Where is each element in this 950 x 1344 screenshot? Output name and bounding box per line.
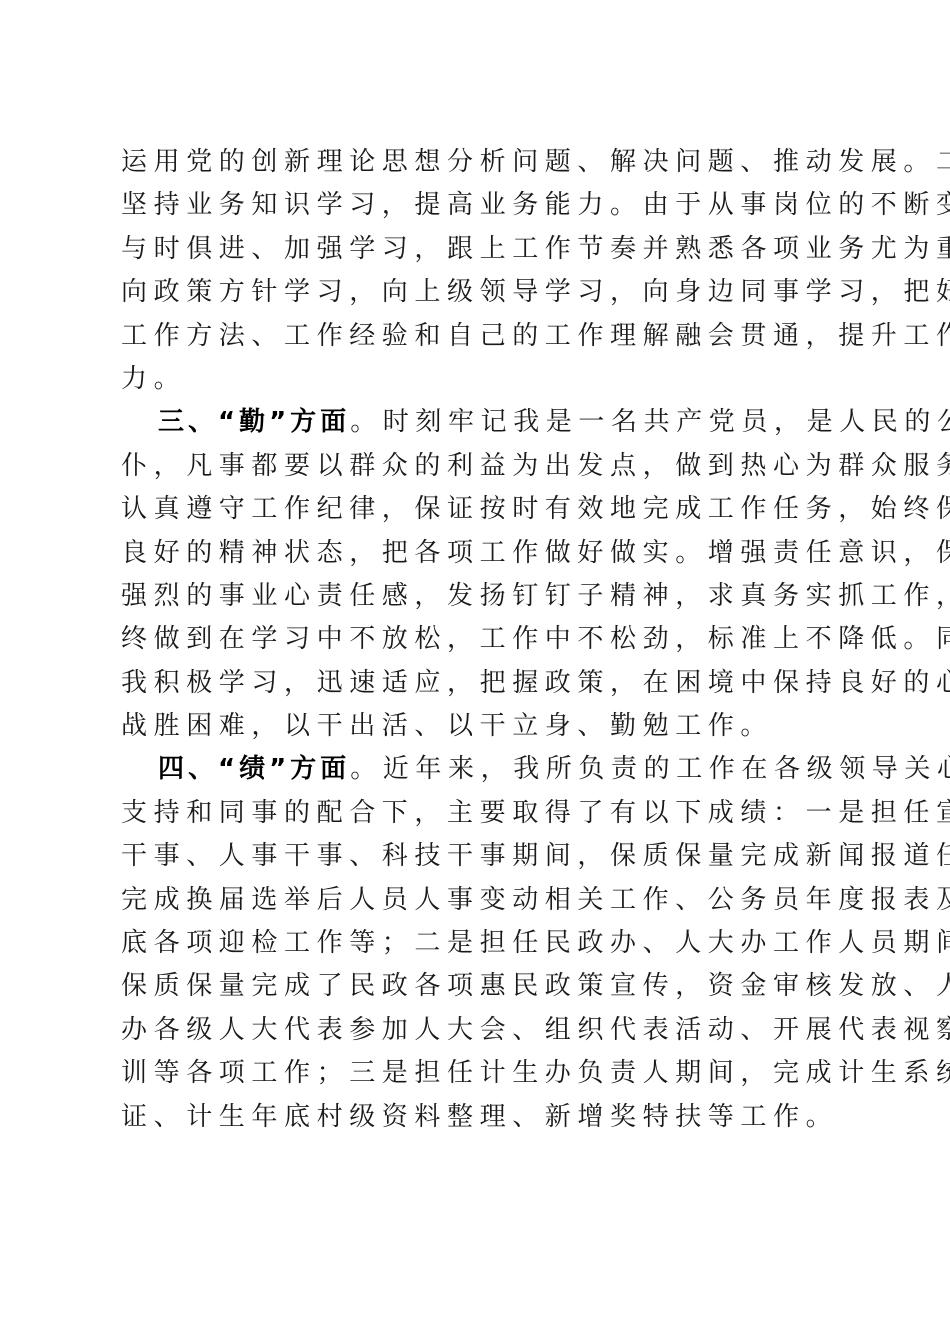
text-line: 良好的精神状态，把各项工作做好做实。增强责任意识，保持 (121, 532, 843, 575)
text-line: 底各项迎检工作等；二是担任民政办、人大办工作人员期间， (121, 922, 843, 965)
paragraph-study-continued: 运用党的创新理论思想分析问题、解决问题、推动发展。二是 坚持业务知识学习，提高业… (121, 141, 843, 401)
text-run: 。时刻牢记我是一名共产党员，是人民的公 (350, 407, 950, 437)
text-line: 向政策方针学习，向上级领导学习，向身边同事学习，把好的 (121, 271, 843, 314)
section-heading-achievements: 四、“绩”方面 (158, 754, 350, 784)
text-line: 坚持业务知识学习，提高业务能力。由于从事岗位的不断变化， (121, 184, 843, 227)
text-line: 办各级人大代表参加人大会、组织代表活动、开展代表视察培 (121, 1009, 843, 1052)
text-line: 保质保量完成了民政各项惠民政策宣传，资金审核发放、人大 (121, 965, 843, 1008)
paragraph-achievements: 四、“绩”方面。近年来，我所负责的工作在各级领导关心、 支持和同事的配合下，主要… (121, 748, 843, 1139)
text-line: 仆，凡事都要以群众的利益为出发点，做到热心为群众服务， (121, 445, 843, 488)
text-line: 力。 (121, 358, 843, 401)
text-line: 运用党的创新理论思想分析问题、解决问题、推动发展。二是 (121, 141, 843, 184)
text-line: 干事、人事干事、科技干事期间，保质保量完成新闻报道任务、 (121, 835, 843, 878)
text-line: 证、计生年底村级资料整理、新增奖特扶等工作。 (121, 1096, 843, 1139)
text-line: 战胜困难，以干出活、以干立身、勤勉工作。 (121, 705, 843, 748)
text-line: 与时俱进、加强学习，跟上工作节奏并熟悉各项业务尤为重要。 (121, 228, 843, 271)
section-heading-diligence: 三、“勤”方面 (158, 407, 350, 437)
text-line: 支持和同事的配合下，主要取得了有以下成绩：一是担任宣传 (121, 792, 843, 835)
text-line: 完成换届选举后人员人事变动相关工作、公务员年度报表及年 (121, 879, 843, 922)
text-line: 我积极学习，迅速适应，把握政策，在困境中保持良好的心态， (121, 662, 843, 705)
text-line: 训等各项工作；三是担任计生办负责人期间，完成计生系统办 (121, 1052, 843, 1095)
paragraph-diligence: 三、“勤”方面。时刻牢记我是一名共产党员，是人民的公 仆，凡事都要以群众的利益为… (121, 401, 843, 748)
text-run: 。近年来，我所负责的工作在各级领导关心、 (350, 754, 950, 784)
text-line: 终做到在学习中不放松，工作中不松劲，标准上不降低。同时， (121, 618, 843, 661)
text-line-with-heading: 四、“绩”方面。近年来，我所负责的工作在各级领导关心、 (121, 748, 843, 791)
document-body: 运用党的创新理论思想分析问题、解决问题、推动发展。二是 坚持业务知识学习，提高业… (121, 141, 843, 1139)
text-line: 认真遵守工作纪律，保证按时有效地完成工作任务，始终保持 (121, 488, 843, 531)
text-line: 工作方法、工作经验和自己的工作理解融会贯通，提升工作能 (121, 315, 843, 358)
document-page: 运用党的创新理论思想分析问题、解决问题、推动发展。二是 坚持业务知识学习，提高业… (0, 0, 950, 1344)
text-line: 强烈的事业心责任感，发扬钉钉子精神，求真务实抓工作，始 (121, 575, 843, 618)
text-line-with-heading: 三、“勤”方面。时刻牢记我是一名共产党员，是人民的公 (121, 401, 843, 444)
